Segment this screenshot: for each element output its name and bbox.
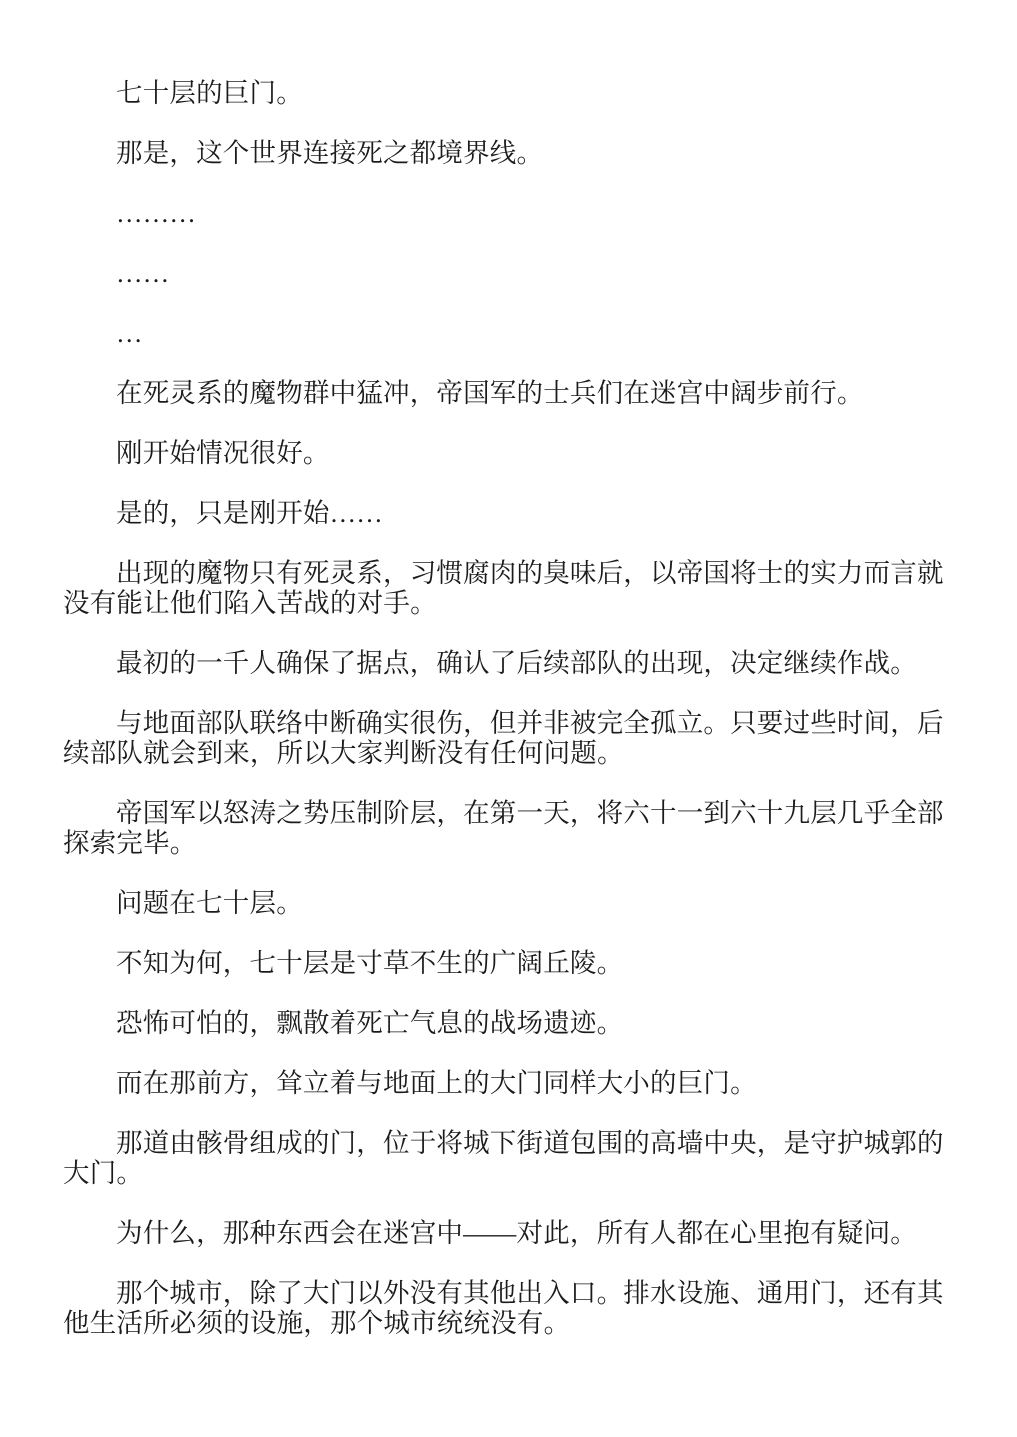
- paragraph: 与地面部队联络中断确实很伤，但并非被完全孤立。只要过些时间，后续部队就会到来，所…: [63, 708, 951, 768]
- paragraph: 是的，只是刚开始……: [63, 498, 951, 528]
- paragraph: 那道由骸骨组成的门，位于将城下街道包围的高墙中央，是守护城郭的大门。: [63, 1128, 951, 1188]
- paragraph: ……: [63, 258, 951, 288]
- paragraph: 七十层的巨门。: [63, 78, 951, 108]
- paragraph: 帝国军以怒涛之势压制阶层，在第一天，将六十一到六十九层几乎全部探索完毕。: [63, 798, 951, 858]
- document-page: 七十层的巨门。那是，这个世界连接死之都境界线。………………在死灵系的魔物群中猛冲…: [0, 0, 1017, 1437]
- paragraph: 问题在七十层。: [63, 888, 951, 918]
- paragraph: 恐怖可怕的，飘散着死亡气息的战场遗迹。: [63, 1008, 951, 1038]
- paragraph: 刚开始情况很好。: [63, 438, 951, 468]
- paragraph: 最初的一千人确保了据点，确认了后续部队的出现，决定继续作战。: [63, 648, 951, 678]
- paragraph: 在死灵系的魔物群中猛冲，帝国军的士兵们在迷宫中阔步前行。: [63, 378, 951, 408]
- paragraph: 出现的魔物只有死灵系，习惯腐肉的臭味后，以帝国将士的实力而言就没有能让他们陷入苦…: [63, 558, 951, 618]
- paragraph: …: [63, 318, 951, 348]
- paragraph: 为什么，那种东西会在迷宫中——对此，所有人都在心里抱有疑问。: [63, 1218, 951, 1248]
- paragraph: 而在那前方，耸立着与地面上的大门同样大小的巨门。: [63, 1068, 951, 1098]
- paragraph-container: 七十层的巨门。那是，这个世界连接死之都境界线。………………在死灵系的魔物群中猛冲…: [63, 78, 951, 1338]
- paragraph: 不知为何，七十层是寸草不生的广阔丘陵。: [63, 948, 951, 978]
- paragraph: 那是，这个世界连接死之都境界线。: [63, 138, 951, 168]
- paragraph: 那个城市，除了大门以外没有其他出入口。排水设施、通用门，还有其他生活所必须的设施…: [63, 1278, 951, 1338]
- paragraph: ………: [63, 198, 951, 228]
